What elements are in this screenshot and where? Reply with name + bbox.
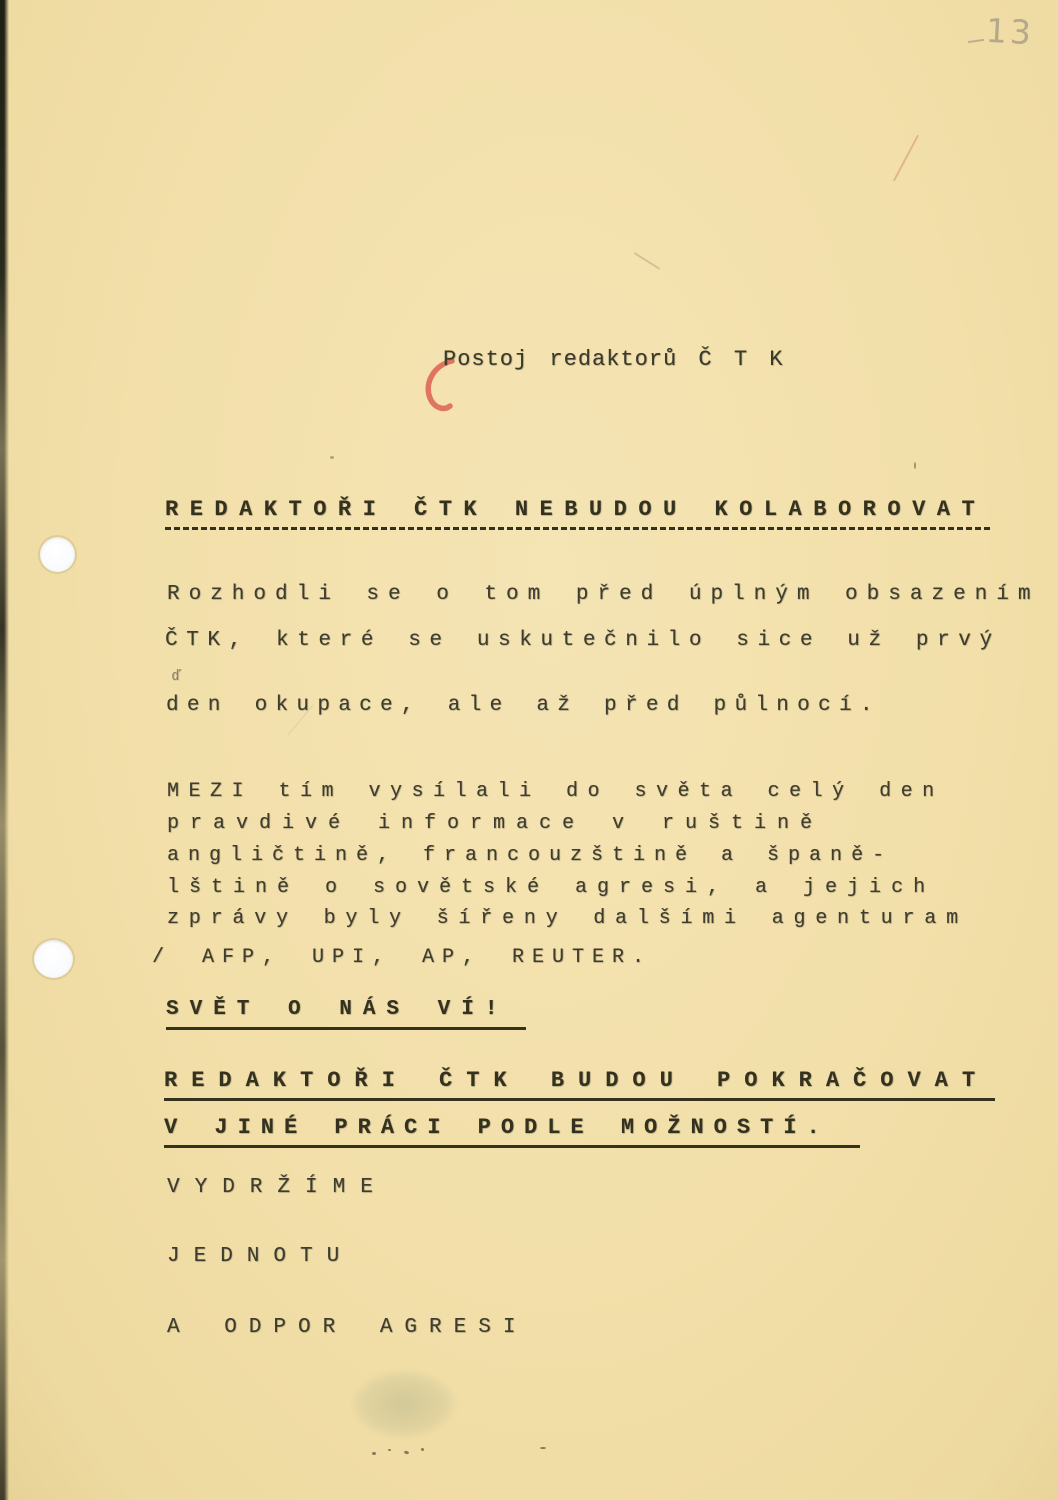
slogan-jednotu: JEDNOTU [167, 1245, 353, 1268]
heading-budou-pokracovat-line2: V JINÉ PRÁCI PODLE MOŽNOSTÍ. [164, 1115, 860, 1148]
slogan-odpor-agresi: A ODPOR AGRESI [167, 1316, 527, 1339]
heading-nebudou-kolaborovat: REDAKTOŘI ČTK NEBUDOU KOLABOROVAT [165, 497, 990, 530]
slogan-vydrzime: VYDRŽÍME [167, 1176, 388, 1199]
paragraph2-line6-agencies: / AFP, UPI, AP, REUTER. [152, 946, 652, 969]
document-title: Postoj redaktorů Č T K [443, 347, 783, 372]
paragraph1-line3: den okupace, ale až před půlnocí. [166, 694, 881, 717]
paper-speck [372, 1452, 376, 1455]
paragraph2-line2: pravdivé informace v ruštině [167, 812, 823, 835]
paper-speck [388, 1449, 391, 1451]
paper-speck [404, 1450, 410, 1454]
paper-speck [914, 462, 916, 469]
scanned-typewritten-page: 13 Postoj redaktorů Č T K REDAKTOŘI ČTK … [0, 0, 1058, 1500]
paragraph1-line2: ČTK, které se uskutečnilo sice už prvý [165, 629, 1001, 652]
handwritten-dash [968, 39, 984, 43]
paper-fiber [893, 135, 919, 182]
heading-budou-pokracovat-line1: REDAKTOŘI ČTK BUDOU POKRAČOVAT [164, 1068, 995, 1101]
handwritten-page-number: 13 [985, 11, 1035, 52]
hole-punch-bottom [34, 940, 73, 978]
hole-punch-top [40, 537, 75, 572]
paragraph2-line5: zprávy byly šířeny dalšími agenturam [167, 907, 968, 930]
paper-speck [540, 1447, 546, 1449]
paragraph2-line4: lštině o sovětské agresi, a jejich [167, 876, 935, 899]
paragraph2-line1: MEZI tím vysílali do světa celý den [167, 780, 944, 803]
stray-typed-mark: ď [172, 668, 181, 685]
heading-svet-o-nas-vi: SVĚT O NÁS VÍ! [166, 998, 526, 1030]
paper-speck [421, 1448, 424, 1451]
paper-stain [352, 1370, 456, 1438]
paragraph2-line3: angličtině, francouzštině a španě- [167, 844, 893, 867]
paper-fiber [634, 252, 661, 270]
paper-speck [330, 456, 334, 459]
paragraph1-line1: Rozhodli se o tom před úplným obsazením [167, 583, 1039, 606]
scan-edge-shadow [0, 0, 9, 1500]
